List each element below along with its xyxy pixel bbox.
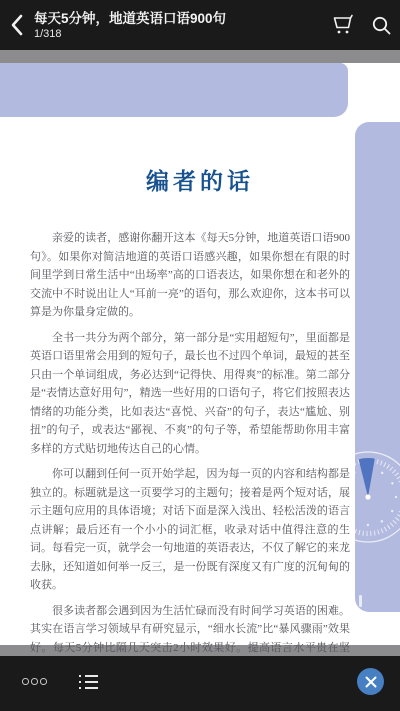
close-reader-button[interactable] <box>357 668 384 695</box>
page-indicator: 1/318 <box>34 27 324 41</box>
app-bar-titles: 每天5分钟，地道英语口语900句 1/318 <box>34 10 324 41</box>
shopping-cart-icon <box>332 14 354 36</box>
cart-button[interactable] <box>324 0 362 50</box>
chevron-left-icon <box>11 14 23 36</box>
book-title: 每天5分钟，地道英语口语900句 <box>34 10 324 27</box>
chapter-heading: 编者的话 <box>0 163 400 196</box>
magnifier-icon <box>371 15 392 36</box>
bottom-bar <box>0 656 400 711</box>
app-bar: 每天5分钟，地道英语口语900句 1/318 <box>0 0 400 50</box>
close-x-icon <box>365 676 377 688</box>
ebook-reader-screen: 每天5分钟，地道英语口语900句 1/318 <box>0 0 400 711</box>
panel-dash-mark <box>359 595 362 607</box>
five-minute-clock-icon <box>355 432 400 562</box>
back-button[interactable] <box>0 0 34 50</box>
paragraph: 亲爱的读者，感谢你翻开这本《每天5分钟，地道英语口语900句》。如果你对简洁地道… <box>30 229 350 322</box>
dot-icon <box>40 678 47 685</box>
contents-button[interactable] <box>79 675 99 692</box>
paragraph: 全书一共分为两个部分，第一部分是“实用超短句”，里面都是英语口语里常会用到的短句… <box>30 329 350 459</box>
dot-icon <box>31 678 38 685</box>
more-options-button[interactable] <box>22 678 47 685</box>
page-body-text: 亲爱的读者，感谢你翻开这本《每天5分钟，地道英语口语900句》。如果你对简洁地道… <box>30 229 350 683</box>
paragraph: 你可以翻到任何一页开始学起，因为每一页的内容和结构都是独立的。标题就是这一页要学… <box>30 465 350 595</box>
dot-icon <box>22 678 29 685</box>
search-button[interactable] <box>362 0 400 50</box>
decorative-band-top <box>0 63 348 117</box>
letterbox-strip-top <box>0 50 400 63</box>
